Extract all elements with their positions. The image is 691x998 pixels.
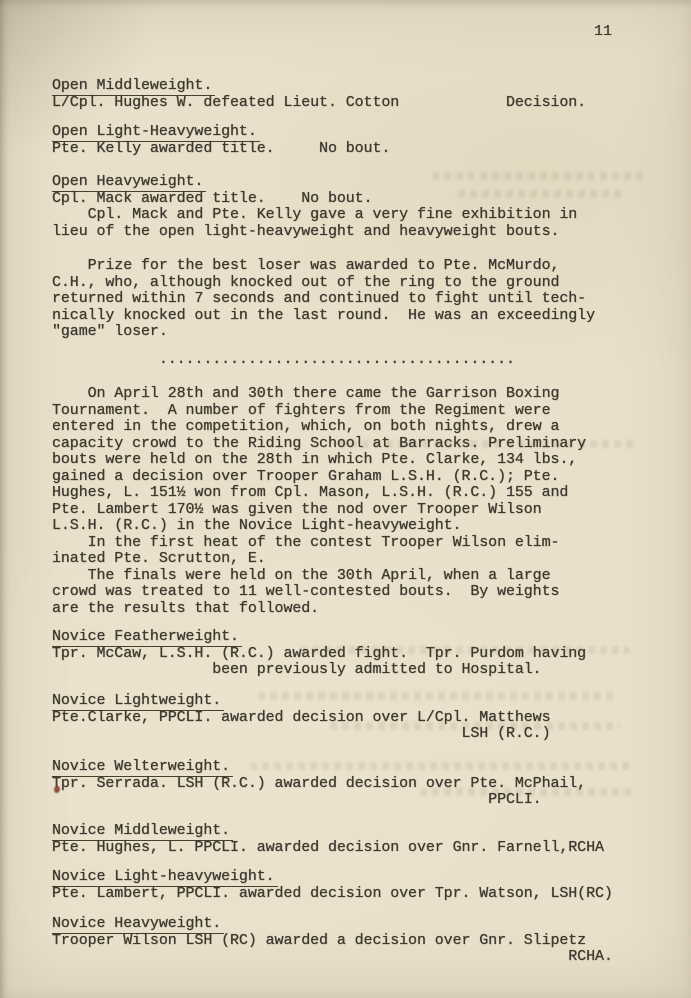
- heading-line: Open Light-Heavyweight.: [52, 124, 390, 141]
- heading-open-middleweight: Open Middleweight.: [52, 78, 215, 96]
- section-novice-welterweight: Novice Welterweight. Tpr. Serrada. LSH (…: [52, 759, 586, 809]
- text-line: Pte.Clarke, PPCLI. awarded decision over…: [52, 710, 550, 727]
- heading-novice-lightweight: Novice Lightweight.: [52, 693, 224, 711]
- text-line: Cpl. Mack awarded title. No bout.: [52, 191, 577, 208]
- heading-line: Novice Lightweight.: [52, 693, 550, 710]
- text-line: been previously admitted to Hospital.: [52, 662, 586, 679]
- section-novice-featherweight: Novice Featherweight. Tpr. McCaw, L.S.H.…: [52, 629, 586, 679]
- text-line: Pte. Hughes, L. PPCLI. awarded decision …: [52, 840, 604, 857]
- heading-open-heavyweight: Open Heavyweight.: [52, 174, 206, 192]
- section-open-light-heavyweight: Open Light-Heavyweight. Pte. Kelly award…: [52, 124, 390, 157]
- text-line: L.S.H. (R.C.) in the Novice Light-heavyw…: [52, 518, 586, 535]
- text-line: L/Cpl. Hughes W. defeated Lieut. Cotton …: [52, 95, 586, 112]
- text-line: Trooper Wilson LSH (RC) awarded a decisi…: [52, 933, 613, 950]
- heading-open-light-heavyweight: Open Light-Heavyweight.: [52, 124, 260, 142]
- text-line: PPCLI.: [52, 792, 586, 809]
- section-dotted-separator: ........................................: [52, 352, 515, 369]
- text-line: In the first heat of the contest Trooper…: [52, 535, 586, 552]
- text-line: lieu of the open light-heavyweight and h…: [52, 224, 577, 241]
- section-open-middleweight: Open Middleweight. L/Cpl. Hughes W. defe…: [52, 78, 586, 111]
- text-line: inated Pte. Scrutton, E.: [52, 551, 586, 568]
- page-number: 11: [594, 24, 612, 41]
- text-line: crowd was treated to 11 well-contested b…: [52, 584, 586, 601]
- text-line: Cpl. Mack and Pte. Kelly gave a very fin…: [52, 207, 577, 224]
- text-line: entered in the competition, which, on bo…: [52, 419, 586, 436]
- text-line: nically knocked out in the last round. H…: [52, 308, 595, 325]
- text-line: Pte. Lambert, PPCLI. awarded decision ov…: [52, 886, 613, 903]
- text-line: Prize for the best loser was awarded to …: [52, 258, 595, 275]
- heading-line: Open Heavyweight.: [52, 174, 577, 191]
- heading-novice-welterweight: Novice Welterweight.: [52, 759, 233, 777]
- heading-line: Novice Welterweight.: [52, 759, 586, 776]
- section-novice-middleweight: Novice Middleweight. Pte. Hughes, L. PPC…: [52, 823, 604, 856]
- section-novice-light-heavyweight: Novice Light-heavyweight. Pte. Lambert, …: [52, 869, 613, 902]
- text-line: RCHA.: [52, 949, 613, 966]
- separator-line: ........................................: [52, 352, 515, 369]
- section-best-loser-paragraph: Prize for the best loser was awarded to …: [52, 258, 595, 341]
- text-line: returned within 7 seconds and continued …: [52, 291, 595, 308]
- section-novice-lightweight: Novice Lightweight. Pte.Clarke, PPCLI. a…: [52, 693, 550, 743]
- text-line: Pte. Kelly awarded title. No bout.: [52, 141, 390, 158]
- text-line: Tpr. McCaw, L.S.H. (R.C.) awarded fight.…: [52, 646, 586, 663]
- text-line: gained a decision over Trooper Graham L.…: [52, 469, 586, 486]
- text-line: Pte. Lambert 170½ was given the nod over…: [52, 502, 586, 519]
- heading-line: Novice Light-heavyweight.: [52, 869, 613, 886]
- text-line: capacity crowd to the Riding School at B…: [52, 436, 586, 453]
- text-line: Tpr. Serrada. LSH (R.C.) awarded decisio…: [52, 776, 586, 793]
- text-line: are the results that followed.: [52, 601, 586, 618]
- section-garrison-tournament-paragraph: On April 28th and 30th there came the Ga…: [52, 386, 586, 617]
- heading-novice-featherweight: Novice Featherweight.: [52, 629, 242, 647]
- heading-line: Novice Middleweight.: [52, 823, 604, 840]
- heading-line: Open Middleweight.: [52, 78, 586, 95]
- heading-line: Novice Featherweight.: [52, 629, 586, 646]
- document-page: 11 Open Middleweight. L/Cpl. Hughes W. d…: [0, 0, 691, 998]
- text-line: C.H., who, although knocked out of the r…: [52, 275, 595, 292]
- section-open-heavyweight: Open Heavyweight. Cpl. Mack awarded titl…: [52, 174, 577, 240]
- text-line: Tournament. A number of fighters from th…: [52, 403, 586, 420]
- text-line: On April 28th and 30th there came the Ga…: [52, 386, 586, 403]
- text-line: The finals were held on the 30th April, …: [52, 568, 586, 585]
- text-line: LSH (R.C.): [52, 726, 550, 743]
- heading-novice-light-heavyweight: Novice Light-heavyweight.: [52, 869, 278, 887]
- heading-line: Novice Heavyweight.: [52, 916, 613, 933]
- section-novice-heavyweight: Novice Heavyweight. Trooper Wilson LSH (…: [52, 916, 613, 966]
- heading-novice-heavyweight: Novice Heavyweight.: [52, 916, 224, 934]
- text-line: bouts were held on the 28th in which Pte…: [52, 452, 586, 469]
- text-line: "game" loser.: [52, 324, 595, 341]
- heading-novice-middleweight: Novice Middleweight.: [52, 823, 233, 841]
- text-line: Hughes, L. 151½ won from Cpl. Mason, L.S…: [52, 485, 586, 502]
